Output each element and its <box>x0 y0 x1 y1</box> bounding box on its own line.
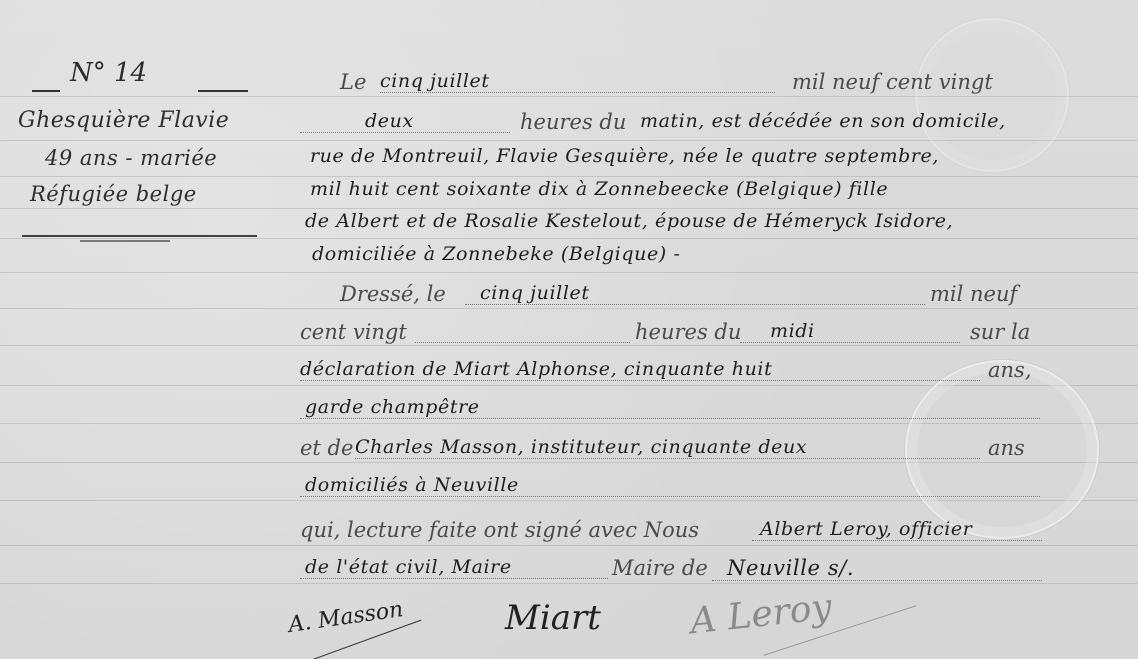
declarant-2: Charles Masson, instituteur, cinquante d… <box>355 436 980 459</box>
printed-heures-2: heures du <box>635 320 741 344</box>
record-line-8: cent vingt heures du midi sur la <box>300 320 1078 354</box>
margin-divider <box>22 235 257 237</box>
record-line-12: domiciliés à Neuville <box>300 474 1078 508</box>
margin-age-status: 49 ans - mariée <box>45 146 217 170</box>
record-line-5: de Albert et de Rosalie Kestelout, épous… <box>300 210 1078 244</box>
signature-miart: Miart <box>505 598 601 638</box>
printed-et-de: et de <box>300 436 353 460</box>
officer-name: Albert Leroy, officier <box>752 518 1042 541</box>
parents-spouse: de Albert et de Rosalie Kestelout, épous… <box>305 210 953 232</box>
death-date: cinq juillet <box>380 70 775 93</box>
entry-number: N° 14 <box>70 58 147 88</box>
margin-name: Ghesquière Flavie <box>18 108 229 133</box>
record-line-1: Le cinq juillet mil neuf cent vingt <box>300 70 1078 104</box>
printed-year: mil neuf cent vingt <box>792 70 993 94</box>
death-year-suffix: deux <box>300 110 510 133</box>
printed-cent-vingt: cent vingt <box>300 320 407 344</box>
printed-sur-la: sur la <box>970 320 1030 344</box>
printed-le: Le <box>340 70 366 94</box>
record-date: cinq juillet <box>465 282 925 305</box>
declarants-residence: domiciliés à Neuville <box>300 474 1040 497</box>
record-line-2: deux heures du matin, est décédée en son… <box>300 110 1078 144</box>
printed-ans-2: ans <box>988 436 1025 460</box>
record-time: midi <box>740 320 960 343</box>
record-line-3: rue de Montreuil, Flavie Gesquière, née … <box>300 145 1078 179</box>
record-line-9: déclaration de Miart Alphonse, cinquante… <box>300 358 1078 392</box>
address-birth: rue de Montreuil, Flavie Gesquière, née … <box>310 145 939 167</box>
record-line-4: mil huit cent soixante dix à Zonnebeecke… <box>300 178 1078 212</box>
record-line-14: de l'état civil, Maire Maire de Neuville… <box>300 556 1078 590</box>
signature-leroy: A Leroy <box>688 587 833 643</box>
birth-year-place: mil huit cent soixante dix à Zonnebeecke… <box>310 178 888 200</box>
printed-ans: ans, <box>988 358 1032 382</box>
printed-maire-de: Maire de <box>612 556 708 580</box>
death-time-place: matin, est décédée en son domicile, <box>640 110 1006 132</box>
declarant-1-occupation: garde champêtre <box>300 396 1040 419</box>
declarant-1: déclaration de Miart Alphonse, cinquante… <box>300 358 980 381</box>
document-page: N° 14 Ghesquière Flavie 49 ans - mariée … <box>0 0 1138 659</box>
printed-dresse: Dressé, le <box>340 282 446 306</box>
residence: domiciliée à Zonnebeke (Belgique) - <box>312 243 680 265</box>
margin-note: Réfugiée belge <box>30 182 197 206</box>
record-line-10: garde champêtre <box>300 396 1078 430</box>
printed-year-2: mil neuf <box>930 282 1017 306</box>
record-line-6: domiciliée à Zonnebeke (Belgique) - <box>300 243 1078 277</box>
officer-title: de l'état civil, Maire <box>300 556 608 579</box>
record-line-7: Dressé, le cinq juillet mil neuf <box>300 282 1078 316</box>
printed-lecture-faite: qui, lecture faite ont signé avec Nous <box>300 518 699 542</box>
record-line-13: qui, lecture faite ont signé avec Nous A… <box>300 518 1078 552</box>
record-line-11: et de Charles Masson, instituteur, cinqu… <box>300 436 1078 470</box>
printed-heures: heures du <box>520 110 626 134</box>
commune: Neuville s/. <box>712 556 1042 581</box>
